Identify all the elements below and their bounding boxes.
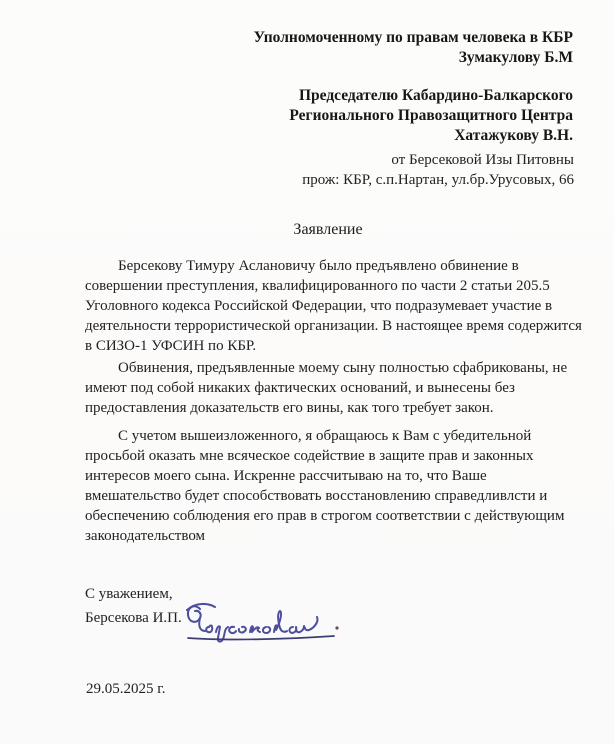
paragraph-line: Обвинения, предъявленные моему сыну полн…: [85, 358, 567, 378]
sender-line: от Берсековой Изы Питовны: [302, 150, 574, 170]
recipient-block-primary: Уполномоченному по правам человека в КБР…: [254, 28, 573, 68]
recipient-block-secondary: Председателю Кабардино-Балкарского Регио…: [289, 86, 573, 146]
paragraph-line: Уголовного кодекса Российской Федерации,…: [85, 296, 582, 316]
paragraph-line: обеспечению соблюдения его прав в строго…: [85, 506, 564, 526]
paragraph-line: предоставления доказательств его вины, к…: [85, 398, 567, 418]
body-paragraph: С учетом вышеизложенного, я обращаюсь к …: [85, 426, 564, 546]
signer-name: Берсекова И.П.: [85, 610, 182, 627]
paragraph-line: совершении преступления, квалифицированн…: [85, 276, 582, 296]
paragraph-line: деятельности террористической организаци…: [85, 316, 582, 336]
paragraph-line: имеют под собой никаких фактических осно…: [85, 378, 567, 398]
sender-line: прож: КБР, с.п.Нартан, ул.бр.Урусовых, 6…: [302, 170, 574, 190]
body-paragraph: Обвинения, предъявленные моему сыну полн…: [85, 358, 567, 418]
paragraph-line: законодательством: [85, 526, 564, 546]
signature-underline: [188, 636, 334, 639]
scanned-letter-page: Уполномоченному по правам человека в КБР…: [0, 0, 614, 744]
recipient-line: Уполномоченному по правам человека в КБР: [254, 28, 573, 48]
paragraph-line: вмешательство будет способствовать восст…: [85, 486, 564, 506]
document-date: 29.05.2025 г.: [86, 681, 165, 698]
document-title: Заявление: [70, 220, 586, 240]
body-paragraph: Берсекову Тимуру Аслановичу было предъяв…: [85, 256, 582, 356]
recipient-line: Председателю Кабардино-Балкарского: [289, 86, 573, 106]
recipient-line: Хатажукову В.Н.: [289, 126, 573, 146]
paragraph-line: интересов моего сына. Искренне рассчитыв…: [85, 466, 564, 486]
handwritten-signature: [184, 600, 342, 644]
sender-block: от Берсековой Изы Питовны прож: КБР, с.п…: [302, 150, 574, 190]
paragraph-line: просьбой оказать мне всяческое содействи…: [85, 446, 564, 466]
paragraph-line: С учетом вышеизложенного, я обращаюсь к …: [85, 426, 564, 446]
ink-dot: [335, 626, 338, 629]
paragraph-line: Берсекову Тимуру Аслановичу было предъяв…: [85, 256, 582, 276]
recipient-line: Регионального Правозащитного Центра: [289, 106, 573, 126]
closing-line: С уважением,: [85, 586, 173, 603]
paragraph-line: в СИЗО-1 УФСИН по КБР.: [85, 336, 582, 356]
recipient-line: Зумакулову Б.М: [254, 48, 573, 68]
